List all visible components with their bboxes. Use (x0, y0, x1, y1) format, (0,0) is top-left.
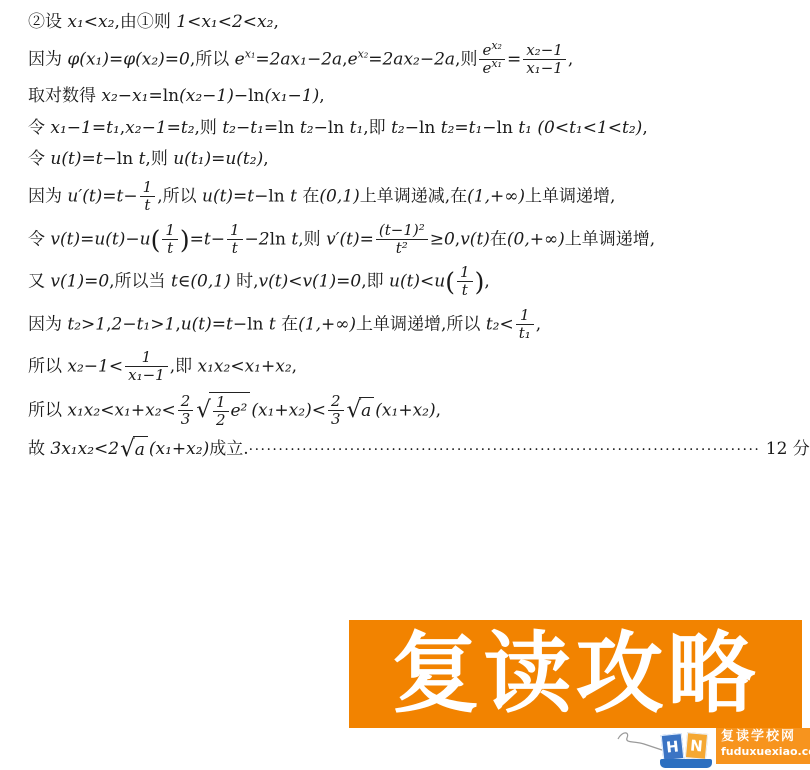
sqrt-radical: √a (120, 436, 148, 463)
text-run: ln (248, 86, 264, 106)
text-run: ,所以 (157, 186, 202, 206)
text-run: x₁<x₂ (67, 12, 114, 32)
text-run: x₁−1 (128, 366, 165, 384)
solution-line: 令 u(t)=t−ln t,则 u(t₁)=u(t₂), (28, 147, 802, 172)
text-run: x₂−1 (526, 41, 563, 59)
text-run: v(t)=u(t)−u (50, 229, 150, 249)
text-run: (1,+∞) (467, 186, 525, 206)
text-run: 在 (490, 229, 507, 249)
solution-line: ②设 x₁<x₂,由①则 1<x₁<2<x₂, (28, 10, 802, 35)
watermark-banner: 复读攻略 (349, 620, 802, 728)
fraction: 1t₁ (516, 307, 534, 343)
text-run: , (273, 12, 278, 32)
text-run: 故 (28, 439, 50, 459)
solution-line: 故 3x₁x₂<2√a(x₁+x₂)成立.···················… (28, 436, 802, 463)
sqrt-radical: √12e² (196, 392, 250, 430)
text-run: 所以 (28, 400, 67, 420)
text-run: 上单调递减,在 (360, 186, 467, 206)
text-run: t₂=t₁− (441, 118, 497, 138)
text-run: 2 (181, 392, 191, 410)
text-run: 1 (460, 263, 470, 281)
text-run: a (135, 438, 145, 463)
text-run: x₁x₂<x₁+x₂< (67, 400, 175, 420)
text-run: e (348, 49, 358, 69)
text-run: ln (247, 314, 269, 334)
text-run: 上单调递增,所以 (356, 314, 486, 334)
text-run: 1 (143, 178, 153, 196)
text-run: ,则 (145, 149, 173, 169)
text-run: t₂< (486, 314, 514, 334)
text-run: ln (278, 118, 300, 138)
text-run: (0,+∞) (507, 229, 565, 249)
text-run: x₁−1 (526, 59, 563, 77)
text-run: (x₁+x₂)< (251, 400, 326, 420)
text-run: x₂ (358, 47, 369, 60)
logo-letter-h: H (661, 733, 685, 761)
text-run: t₁ (519, 324, 531, 342)
fraction: 1t (227, 222, 243, 258)
text-run: t (290, 186, 297, 206)
solution-line: 令 x₁−1=t₁,x₂−1=t₂,则 t₂−t₁=ln t₂−ln t₁,即 … (28, 116, 802, 141)
text-run: x₁x₂<x₁+x₂ (198, 356, 292, 376)
text-run: 在 (297, 186, 319, 206)
text-run: 上单调递增, (525, 186, 615, 206)
text-run: x₁ (491, 57, 502, 70)
text-run: 2 (331, 392, 341, 410)
text-run: u(t₁)=u(t₂) (173, 149, 263, 169)
dotted-leader: ········································… (249, 442, 761, 458)
fraction: 1x₁−1 (125, 349, 168, 385)
text-run: 时, (231, 271, 259, 291)
text-run: u(t)=t− (181, 314, 247, 334)
text-run: ln (497, 118, 519, 138)
text-run: (t−1)² (379, 221, 425, 239)
text-run: ≥0 (430, 229, 455, 249)
text-run: ②设 (28, 12, 67, 32)
text-run: 1<x₁<2<x₂ (176, 12, 273, 32)
text-run: , (292, 356, 297, 376)
fraction: 1t (162, 222, 178, 258)
fraction: ex₂ex₁ (479, 42, 505, 78)
text-run: t² (396, 239, 408, 257)
text-run: x₁ (245, 47, 256, 60)
fraction: 12 (213, 394, 229, 430)
text-run: 因为 (28, 49, 67, 69)
text-run: = (507, 49, 521, 69)
text-run: 3 (331, 410, 341, 428)
text-run: 1 (165, 221, 175, 239)
text-run: 2−t₁>1 (112, 314, 176, 334)
text-run: x₁−1=t₁ (50, 118, 119, 138)
text-run: −2 (245, 229, 270, 249)
text-run: , (484, 271, 489, 291)
text-run: t₂>1 (67, 314, 106, 334)
text-run: x₂−1=t₂ (125, 118, 194, 138)
text-run: =t− (190, 229, 225, 249)
text-run: ( (151, 225, 161, 254)
text-run: ,所以当 (109, 271, 171, 291)
text-run: =2ax₂−2a (368, 49, 455, 69)
text-run: t (144, 196, 150, 214)
text-run: (x₁+x₂) (375, 400, 435, 420)
text-run: e² (231, 399, 248, 424)
text-run: 因为 (28, 314, 67, 334)
text-run: t (269, 314, 276, 334)
fraction: (t−1)²t² (376, 222, 428, 258)
text-run: a (361, 399, 371, 424)
text-run: t (167, 239, 173, 257)
text-run: u(t)=t− (202, 186, 268, 206)
text-run: 1 (230, 221, 240, 239)
text-run: v(1)=0 (50, 271, 109, 291)
text-run: 又 (28, 271, 50, 291)
text-run: x₂−1< (67, 356, 123, 376)
text-run: ln (270, 229, 292, 249)
logo-hn-icon: H N (660, 732, 714, 770)
text-run: ln (419, 118, 441, 138)
text-run: 上单调递增, (565, 229, 655, 249)
text-run: 1 (142, 348, 152, 366)
text-run: u′(t)=t− (67, 186, 137, 206)
text-run: (x₁+x₂) (149, 439, 209, 459)
fraction: x₂−1x₁−1 (523, 42, 566, 78)
fraction: 1t (140, 179, 156, 215)
text-run: , (263, 149, 268, 169)
logo-letter-n: N (685, 732, 708, 760)
text-run: 令 (28, 229, 50, 249)
text-run: 令 (28, 149, 50, 169)
text-run: 1 (520, 306, 530, 324)
text-run: , (436, 400, 441, 420)
text-run: ,则 (298, 229, 326, 249)
sqrt-radical: √a (347, 397, 375, 424)
text-run: (x₂−1)− (179, 86, 248, 106)
text-run: e (482, 41, 491, 59)
text-run: ,所以 (190, 49, 235, 69)
text-run: 3 (181, 410, 191, 428)
text-run: ,则 (195, 118, 223, 138)
text-run: , (536, 314, 541, 334)
text-run: t₂− (391, 118, 419, 138)
fraction: 1t (457, 264, 473, 300)
solution-line: 因为 u′(t)=t−1t,所以 u(t)=t−ln t 在(0,1)上单调递减… (28, 179, 802, 215)
text-run: , (642, 118, 647, 138)
text-run: 12 分 (760, 439, 809, 459)
text-run: t₁ (0<t₁<1<t₂) (518, 118, 642, 138)
solution-line: 所以 x₁x₂<x₁+x₂<23√12e²(x₁+x₂)<23√a(x₁+x₂)… (28, 392, 802, 430)
text-run: u(t)=t− (50, 149, 116, 169)
text-run: , (319, 86, 324, 106)
text-run: 令 (28, 118, 50, 138)
text-run: t₁ (350, 118, 364, 138)
fraction: 23 (178, 393, 194, 429)
text-run: ,由①则 (114, 12, 176, 32)
text-run: (1,+∞) (298, 314, 356, 334)
logo-site-url: fuduxuexiao.com (721, 745, 810, 759)
solution-line: 又 v(1)=0,所以当 t∈(0,1) 时,v(t)<v(1)=0,即 u(t… (28, 264, 802, 300)
text-run: ) (180, 225, 190, 254)
text-run: 在 (276, 314, 298, 334)
solution-line: 所以 x₂−1<1x₁−1,即 x₁x₂<x₁+x₂, (28, 349, 802, 385)
text-run: t (462, 281, 468, 299)
text-run: 1 (216, 393, 226, 411)
text-run: u(t)<u (389, 271, 445, 291)
text-run: x₂ (491, 39, 502, 52)
text-run: v(t) (460, 229, 490, 249)
text-run: ln (117, 149, 139, 169)
text-run: v′(t)= (326, 229, 374, 249)
text-run: 成立. (209, 439, 248, 459)
text-run: (x₁−1) (264, 86, 319, 106)
text-run: ln (268, 186, 290, 206)
text-run: ( (445, 267, 455, 296)
site-logo: 复读学校网 fuduxuexiao.com (716, 728, 810, 764)
text-run: 取对数得 (28, 86, 101, 106)
logo-site-name: 复读学校网 (721, 729, 810, 745)
solution-line: 因为 t₂>1,2−t₁>1,u(t)=t−ln t 在(1,+∞)上单调递增,… (28, 307, 802, 343)
solution-line: 取对数得 x₂−x₁=ln(x₂−1)−ln(x₁−1), (28, 84, 802, 109)
text-run: ,则 (455, 49, 477, 69)
text-run: ,即 (363, 118, 391, 138)
text-run: 所以 (28, 356, 67, 376)
text-run: ,即 (361, 271, 389, 291)
ribbon-curve-icon (612, 729, 664, 751)
text-run: t₂−t₁= (222, 118, 278, 138)
text-run: (0,1) (319, 186, 359, 206)
logo-book-base (660, 759, 712, 768)
text-run: ) (475, 267, 485, 296)
text-run: 2 (216, 411, 226, 429)
text-run: t∈(0,1) (171, 271, 231, 291)
text-run: =2ax₁−2a (255, 49, 342, 69)
page-root: { "colors": { "banner_orange": "#F28300"… (0, 0, 810, 770)
text-run: , (568, 49, 573, 69)
text-run: ,即 (170, 356, 198, 376)
text-run: e (482, 59, 491, 77)
solution-line: 令 v(t)=u(t)−u(1t)=t−1t−2ln t,则 v′(t)=(t−… (28, 222, 802, 258)
text-run: x₂−x₁= (101, 86, 162, 106)
fraction: 23 (328, 393, 344, 429)
solution-text: ②设 x₁<x₂,由①则 1<x₁<2<x₂,因为 φ(x₁)=φ(x₂)=0,… (28, 10, 802, 470)
text-run: t₂− (300, 118, 328, 138)
text-run: 因为 (28, 186, 67, 206)
text-run: t (232, 239, 238, 257)
text-run: φ(x₁)=φ(x₂)=0 (67, 49, 189, 69)
banner-title: 复读攻略 (391, 630, 759, 718)
text-run: 3x₁x₂<2 (50, 439, 119, 459)
text-run: ln (163, 86, 179, 106)
solution-line: 因为 φ(x₁)=φ(x₂)=0,所以 ex₁=2ax₁−2a,ex₂=2ax₂… (28, 42, 802, 78)
text-run: e (235, 49, 245, 69)
text-run: v(t)<v(1)=0 (259, 271, 362, 291)
text-run: ln (328, 118, 350, 138)
